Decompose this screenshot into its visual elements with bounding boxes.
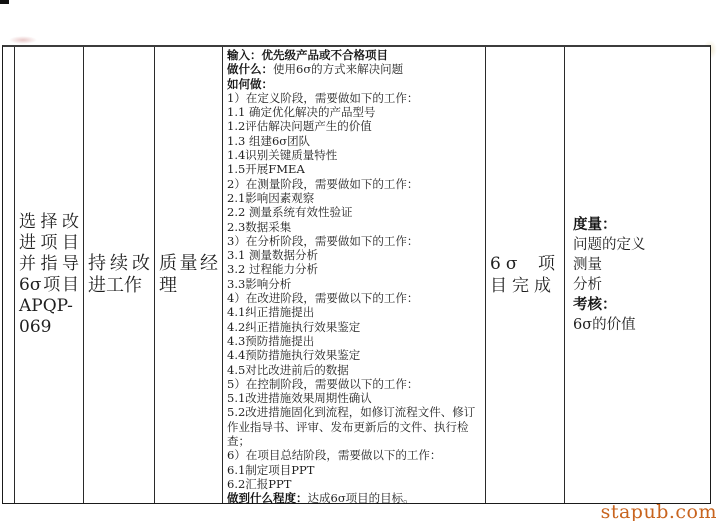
process-line: 输入：优先级产品或不合格项目 xyxy=(227,48,483,62)
artifact-pink-smudge xyxy=(9,36,37,44)
process-line: 4.4预防措施执行效果鉴定 xyxy=(227,348,483,362)
owner-label: 质量经理 xyxy=(155,253,222,297)
assessment-line: 6σ的价值 xyxy=(573,315,636,335)
process-line: 2.1影响因素观察 xyxy=(227,191,483,205)
assessment-cell: 度量：问题的定义测量分析考核：6σ的价值 xyxy=(565,47,710,503)
completion-cell: 6σ项目完成 xyxy=(486,47,565,503)
artifact-top-left-mark xyxy=(0,0,9,4)
project-title: 选择改进项目并指导6σ项目APQP-069 xyxy=(15,212,83,338)
process-line: 3.2 过程能力分析 xyxy=(227,262,483,276)
process-table: 选择改进项目并指导6σ项目APQP-069 持续改进工作 质量经理 输入：优先级… xyxy=(2,45,711,504)
process-line: 2.3数据采集 xyxy=(227,220,483,234)
duty-cell: 持续改进工作 xyxy=(84,47,155,503)
process-line: 3.1 测量数据分析 xyxy=(227,248,483,262)
assessment-line: 度量： xyxy=(573,215,617,235)
process-line: 5.1改进措施效果周期性确认 xyxy=(227,391,483,405)
document-page: { "table": { "project": "选择改进项目并指导6σ项目AP… xyxy=(0,0,720,521)
process-line: 4.5对比改进前后的数据 xyxy=(227,363,483,377)
process-line: 5.2改进措施固化到流程，如修订流程文件、修订作业指导书、评审、发布更新后的文件… xyxy=(227,405,483,448)
process-line: 6.2汇报PPT xyxy=(227,477,483,491)
process-line: 1）在定义阶段，需要做如下的工作： xyxy=(227,91,483,105)
process-line: 5）在控制阶段，需要做以下的工作： xyxy=(227,377,483,391)
process-line: 3.3影响分析 xyxy=(227,277,483,291)
process-line: 4.3预防措施提出 xyxy=(227,334,483,348)
process-line: 4.2纠正措施执行效果鉴定 xyxy=(227,320,483,334)
assessment-line: 分析 xyxy=(573,275,602,295)
process-line: 1.4识别关键质量特性 xyxy=(227,148,483,162)
project-cell: 选择改进项目并指导6σ项目APQP-069 xyxy=(15,47,84,503)
process-line: 做什么：使用6σ的方式来解决问题 xyxy=(227,62,483,76)
process-line: 6）在项目总结阶段，需要做以下的工作： xyxy=(227,448,483,462)
watermark: stapub.com xyxy=(601,501,717,521)
completion-label: 6σ项目完成 xyxy=(486,253,564,297)
process-cell: 输入：优先级产品或不合格项目做什么：使用6σ的方式来解决问题如何做：1）在定义阶… xyxy=(223,47,486,503)
process-line: 4.1纠正措施提出 xyxy=(227,305,483,319)
edge-sliver-cell xyxy=(3,47,15,503)
process-line: 如何做： xyxy=(227,77,483,91)
assessment-line: 问题的定义 xyxy=(573,235,646,255)
owner-cell: 质量经理 xyxy=(155,47,223,503)
process-line: 1.1 确定优化解决的产品型号 xyxy=(227,105,483,119)
assessment-line: 考核： xyxy=(573,295,617,315)
process-line: 4）在改进阶段，需要做以下的工作： xyxy=(227,291,483,305)
process-line: 1.3 组建6σ团队 xyxy=(227,134,483,148)
process-line: 做到什么程度：达成6σ项目的目标。 xyxy=(227,491,483,503)
process-line: 6.1制定项目PPT xyxy=(227,463,483,477)
process-line: 1.5开展FMEA xyxy=(227,162,483,176)
duty-label: 持续改进工作 xyxy=(84,253,154,297)
process-line: 1.2评估解决问题产生的价值 xyxy=(227,119,483,133)
process-line: 2.2 测量系统有效性验证 xyxy=(227,205,483,219)
process-line: 2）在测量阶段，需要做如下的工作： xyxy=(227,177,483,191)
process-line: 3）在分析阶段，需要做如下的工作： xyxy=(227,234,483,248)
assessment-line: 测量 xyxy=(573,255,602,275)
